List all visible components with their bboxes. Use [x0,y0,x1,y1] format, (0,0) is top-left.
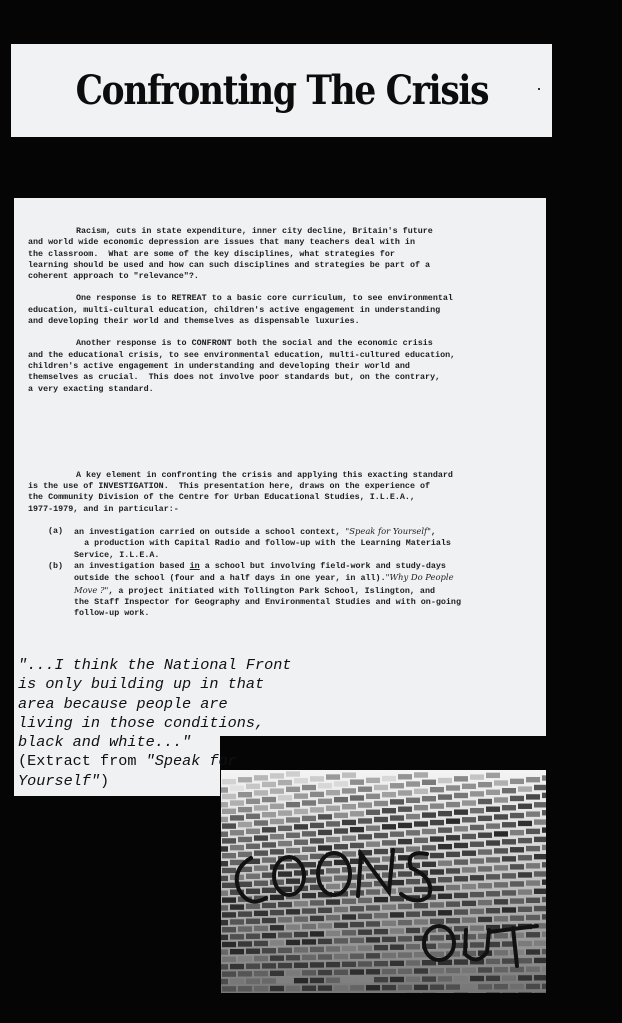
list-text-pre: an investigation carried on outside a sc… [74,527,345,537]
list-text-post: , a project initiated with Tollington Pa… [74,586,461,619]
list-item: (b) an investigation based in a school b… [48,561,548,619]
body-text: Racism, cuts in state expenditure, inner… [28,226,548,619]
underlined-word: in [190,561,200,571]
quote-source-prefix: (Extract from [18,752,146,770]
list-item: (a) an investigation carried on outside … [48,526,548,561]
brick-wall-image [221,770,546,993]
paragraph-intro: Racism, cuts in state expenditure, inner… [28,226,548,282]
title-card: Confronting The Crisis [11,44,552,137]
investigation-list: (a) an investigation carried on outside … [48,526,548,619]
paragraph-investigation: A key element in confronting the crisis … [28,470,548,515]
list-text: an investigation based in a school but i… [74,561,548,619]
speck [538,88,540,90]
list-text-pre: an investigation based [74,561,190,571]
list-label: (b) [48,561,74,619]
list-text: an investigation carried on outside a sc… [74,526,548,561]
quote-text: "...I think the National Front is only b… [18,656,318,752]
page-title: Confronting The Crisis [75,67,488,114]
list-title-speak-for-yourself: "Speak for Yourself" [345,526,431,536]
quote-source-suffix: ) [100,772,109,790]
paragraph-retreat: One response is to RETREAT to a basic co… [28,293,548,327]
background-notch [315,737,546,769]
list-label: (a) [48,526,74,561]
paragraph-confront: Another response is to CONFRONT both the… [28,338,548,394]
graffiti-wall-photo [221,770,546,993]
